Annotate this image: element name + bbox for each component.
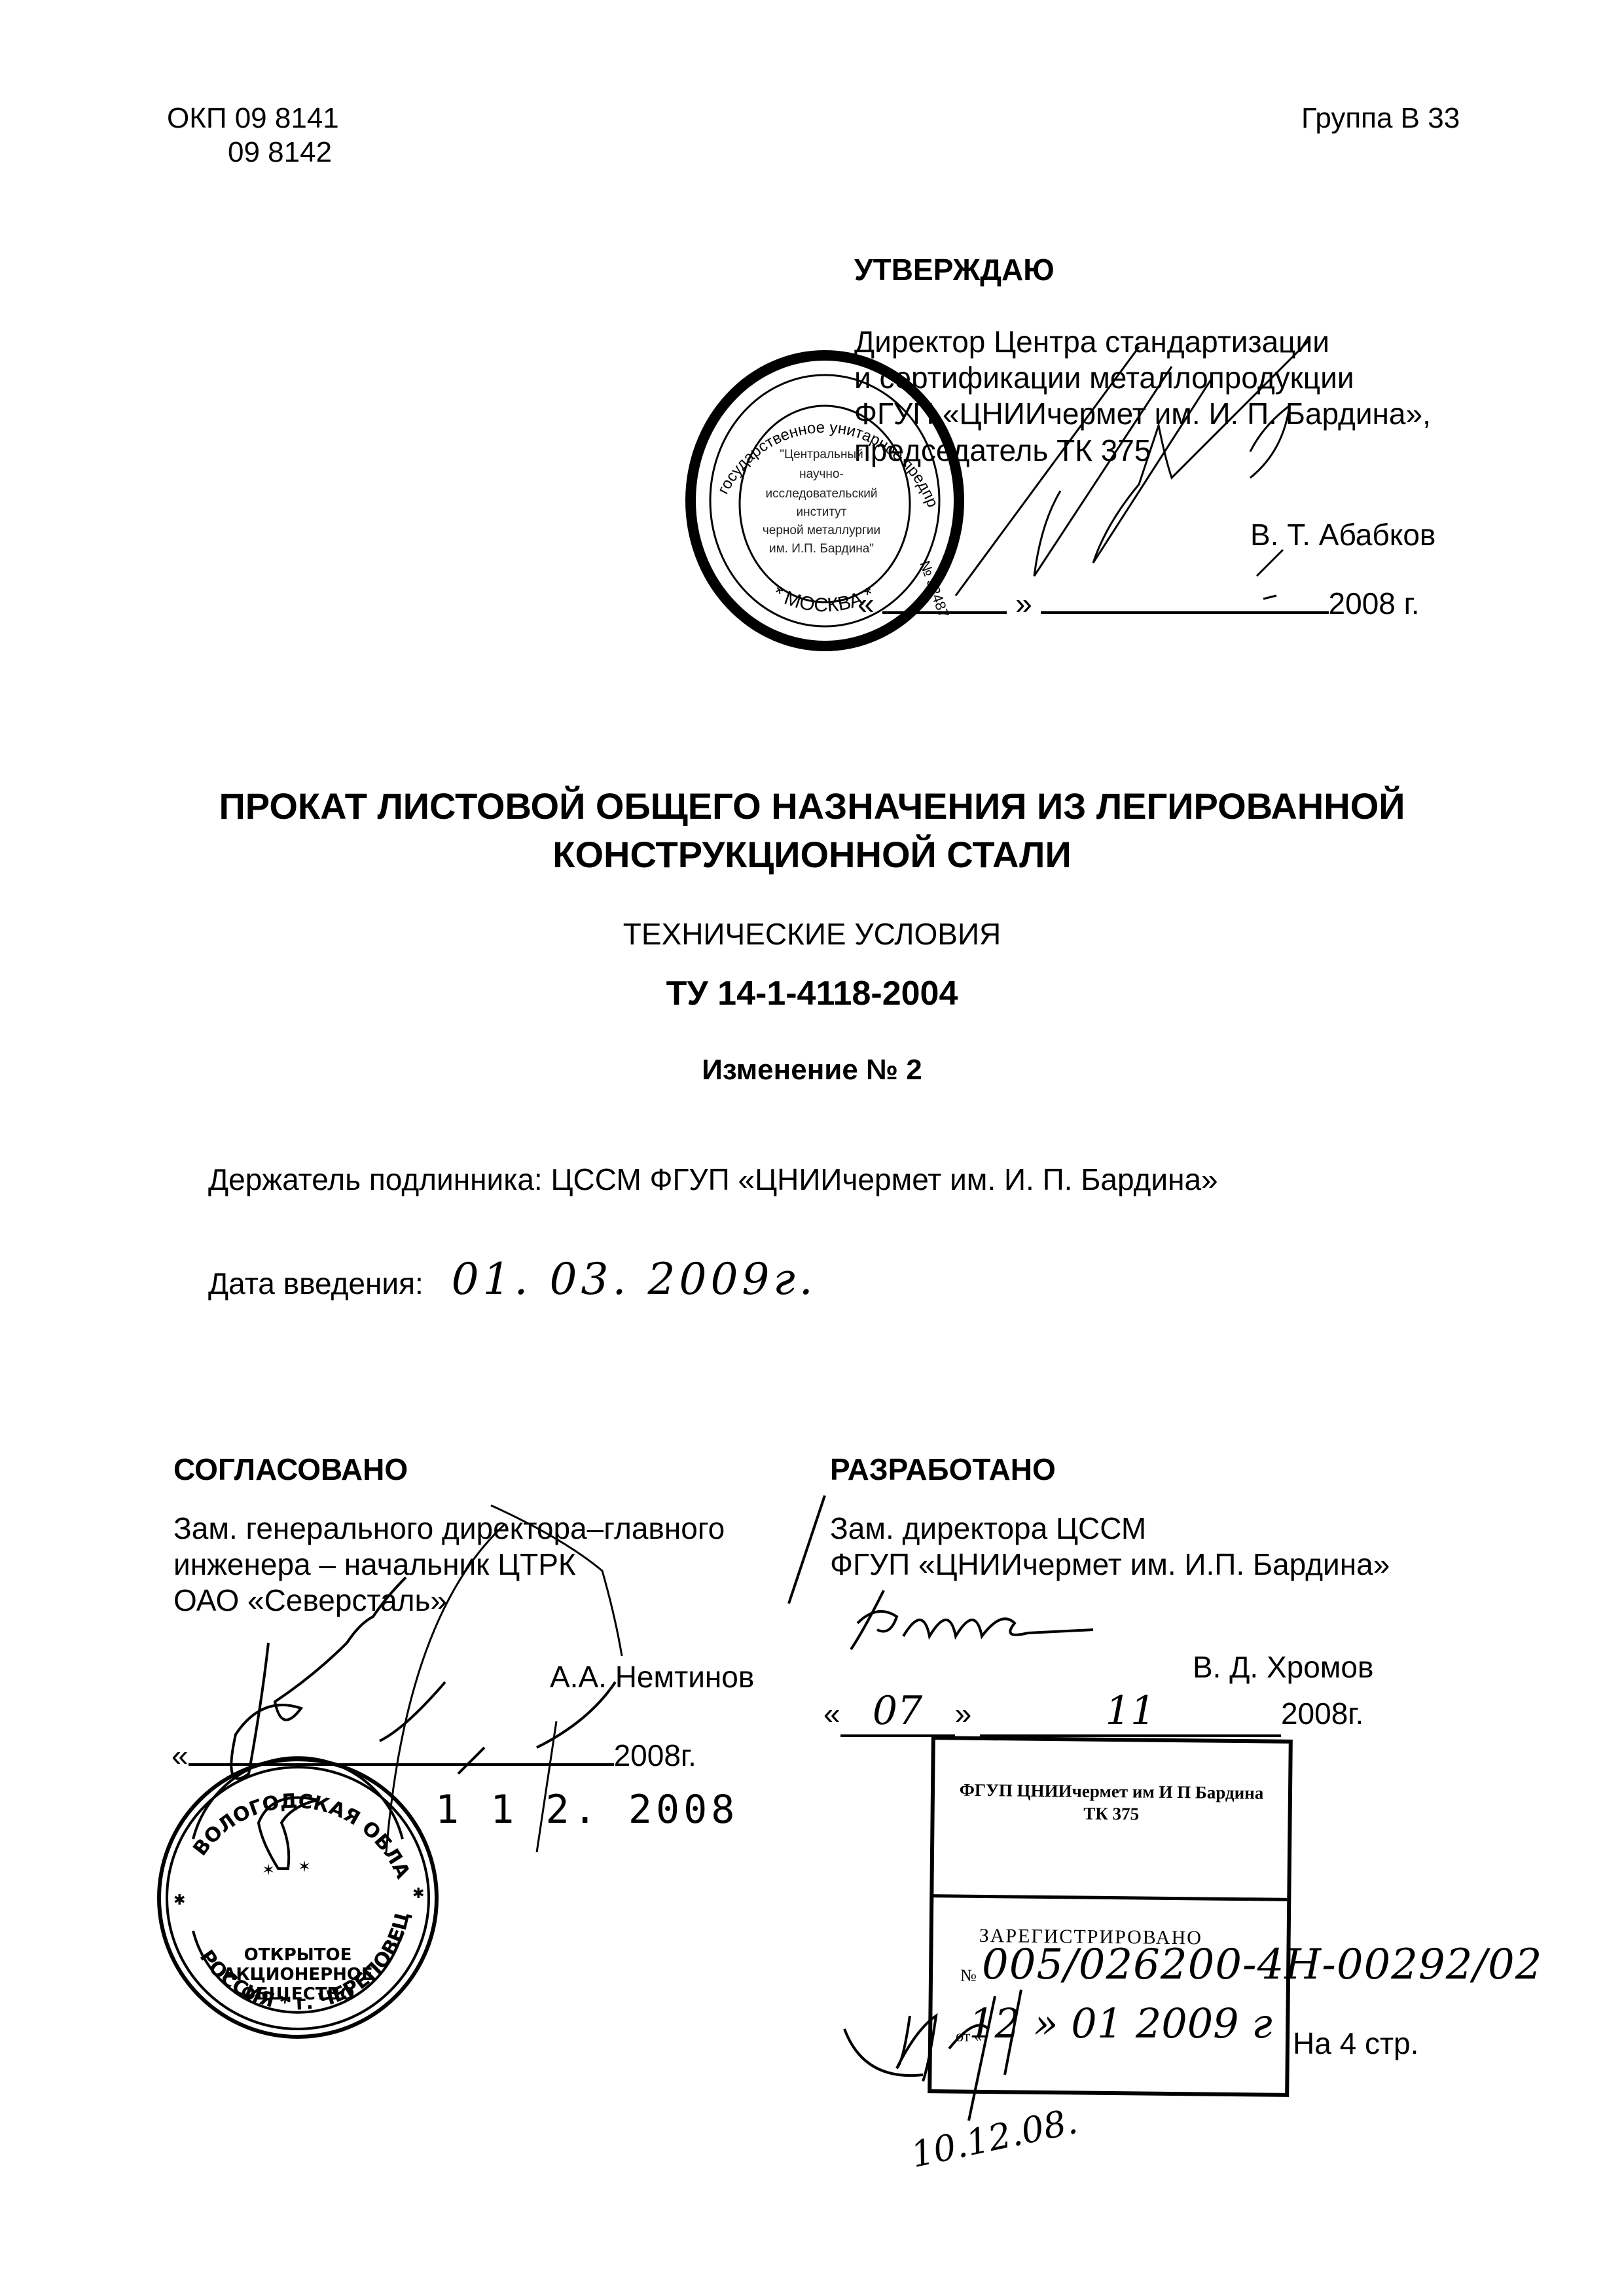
svg-text:* МОСКВА *: * МОСКВА * bbox=[769, 582, 878, 616]
okp-code-2: 09 8142 bbox=[167, 135, 339, 170]
approval-signature-icon bbox=[943, 327, 1388, 602]
developed-month: 11 bbox=[980, 1687, 1281, 1737]
developed-title: РАЗРАБОТАНО bbox=[830, 1452, 1056, 1487]
original-holder: Держатель подлинника: ЦССМ ФГУП «ЦНИИчер… bbox=[208, 1162, 1218, 1198]
approval-title: УТВЕРЖДАЮ bbox=[854, 252, 1055, 287]
date-open-quote: « bbox=[823, 1696, 840, 1731]
svg-text:АКЦИОНЕРНОЕ: АКЦИОНЕРНОЕ bbox=[223, 1965, 373, 1984]
svg-text:✱: ✱ bbox=[412, 1886, 424, 1902]
page-count: На 4 стр. bbox=[1293, 2026, 1418, 2062]
svg-text:✱: ✱ bbox=[173, 1892, 185, 1909]
developed-position: Зам. директора ЦССМ ФГУП «ЦНИИчермет им.… bbox=[830, 1511, 1390, 1583]
developed-date: «07» 112008г. bbox=[823, 1687, 1363, 1737]
svg-text:научно-: научно- bbox=[799, 467, 844, 481]
registration-org-name: ФГУП ЦНИИчермет им И П Бардина bbox=[935, 1779, 1288, 1804]
svg-text:им. И.П. Бардина": им. И.П. Бардина" bbox=[769, 542, 874, 556]
date-close-quote: » bbox=[955, 1696, 972, 1731]
svg-text:"Центральный: "Центральный bbox=[780, 448, 863, 461]
institute-seal-icon: государственное унитарное предприятие * … bbox=[681, 347, 969, 655]
slash-mark-icon bbox=[782, 1492, 835, 1610]
agreed-title: СОГЛАСОВАНО bbox=[173, 1452, 408, 1487]
okp-code-1: ОКП 09 8141 bbox=[167, 101, 339, 135]
svg-text:✶: ✶ bbox=[262, 1861, 275, 1879]
developed-day: 07 bbox=[840, 1687, 955, 1737]
registration-number: 005/026200-4Н-00292/02 bbox=[982, 1941, 1542, 1989]
developed-signature-icon bbox=[838, 1584, 1152, 1656]
okp-codes: ОКП 09 8141 09 8142 bbox=[167, 101, 339, 170]
document-subtitle: ТЕХНИЧЕСКИЕ УСЛОВИЯ bbox=[0, 916, 1624, 952]
svg-text:ОТКРЫТОЕ: ОТКРЫТОЕ bbox=[244, 1945, 352, 1965]
developed-year: 2008г. bbox=[1281, 1696, 1363, 1731]
svg-text:черной металлургии: черной металлургии bbox=[763, 524, 880, 537]
registration-org: ФГУП ЦНИИчермет им И П Бардина ТК 375 bbox=[934, 1779, 1288, 1827]
svg-text:✶: ✶ bbox=[298, 1857, 311, 1876]
registration-signature-icon bbox=[844, 1990, 1067, 2121]
document-title: ПРОКАТ ЛИСТОВОЙ ОБЩЕГО НАЗНАЧЕНИЯ ИЗ ЛЕГ… bbox=[0, 782, 1624, 879]
document-title-line: КОНСТРУКЦИОННОЙ СТАЛИ bbox=[0, 831, 1624, 879]
document-code: ТУ 14-1-4118-2004 bbox=[0, 974, 1624, 1013]
developed-position-line: Зам. директора ЦССМ bbox=[830, 1511, 1390, 1547]
introduction-date-value: 01. 03. 2009г. bbox=[452, 1254, 817, 1304]
registration-committee: ТК 375 bbox=[934, 1801, 1288, 1827]
developed-signatory-name: В. Д. Хромов bbox=[1193, 1649, 1373, 1685]
group-code: Группа В 33 bbox=[1301, 101, 1460, 135]
svg-text:институт: институт bbox=[796, 505, 846, 519]
agreed-signature-icon bbox=[196, 1486, 707, 1852]
svg-text:исследовательский: исследовательский bbox=[766, 487, 878, 501]
introduction-date: Дата введения: 01. 03. 2009г. bbox=[208, 1253, 817, 1305]
introduction-date-label: Дата введения: bbox=[208, 1266, 424, 1300]
change-number: Изменение № 2 bbox=[0, 1054, 1624, 1086]
svg-text:ОБЩЕСТВО: ОБЩЕСТВО bbox=[242, 1984, 355, 2004]
developed-position-line: ФГУП «ЦНИИчермет им. И.П. Бардина» bbox=[830, 1547, 1390, 1583]
document-title-line: ПРОКАТ ЛИСТОВОЙ ОБЩЕГО НАЗНАЧЕНИЯ ИЗ ЛЕГ… bbox=[0, 782, 1624, 831]
registration-number-prefix: № bbox=[960, 1966, 977, 1986]
